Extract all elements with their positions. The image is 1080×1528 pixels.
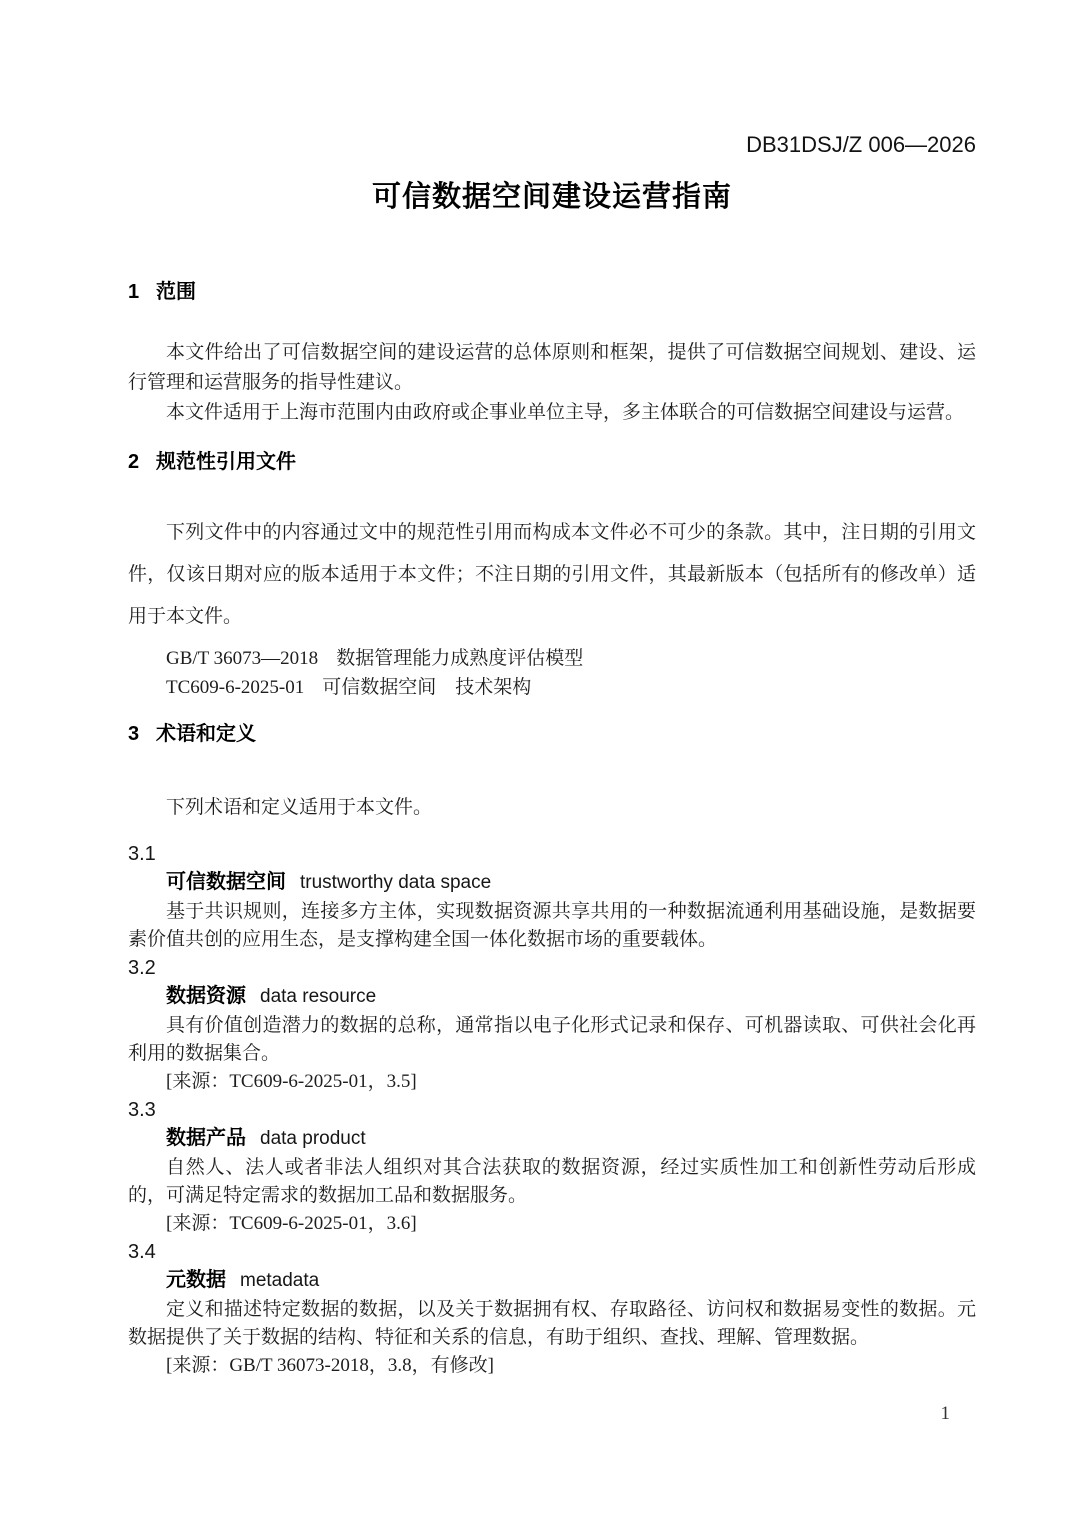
section-1-paragraph-1: 本文件给出了可信数据空间的建设运营的总体原则和框架，提供了可信数据空间规划、建设… <box>128 338 976 398</box>
term-3-4: 3.4 元数据metadata 定义和描述特定数据的数据，以及关于数据拥有权、存… <box>128 1238 976 1380</box>
term-title-line: 数据资源data resource <box>128 982 976 1012</box>
doc-code: DB31DSJ/Z 006—2026 <box>128 132 976 158</box>
reference-code: GB/T 36073—2018 <box>166 648 318 669</box>
section-3-title: 术语和定义 <box>156 723 256 745</box>
term-en-label: data product <box>260 1128 366 1149</box>
term-source: [来源：TC609-6-2025-01，3.5] <box>128 1068 976 1096</box>
section-3-heading: 3术语和定义 <box>128 720 976 748</box>
term-zh-label: 可信数据空间 <box>166 871 286 893</box>
section-2-paragraph-1: 下列文件中的内容通过文中的规范性引用而构成本文件必不可少的条款。其中，注日期的引… <box>128 512 976 638</box>
section-1-paragraph-2: 本文件适用于上海市范围内由政府或企事业单位主导，多主体联合的可信数据空间建设与运… <box>128 398 976 428</box>
section-1-number: 1 <box>128 278 156 306</box>
term-title-line: 可信数据空间trustworthy data space <box>128 868 976 898</box>
term-zh-label: 数据资源 <box>166 985 246 1007</box>
section-2-title: 规范性引用文件 <box>156 451 296 473</box>
section-3-intro: 下列术语和定义适用于本文件。 <box>128 794 976 822</box>
term-definition: 基于共识规则，连接多方主体，实现数据资源共享共用的一种数据流通利用基础设施，是数… <box>128 898 976 954</box>
term-source: [来源：GB/T 36073-2018，3.8，有修改] <box>128 1352 976 1380</box>
terms-list: 3.1 可信数据空间trustworthy data space 基于共识规则，… <box>128 840 976 1380</box>
reference-code: TC609-6-2025-01 <box>166 677 304 698</box>
term-source: [来源：TC609-6-2025-01，3.6] <box>128 1210 976 1238</box>
section-1-heading: 1范围 <box>128 278 976 306</box>
term-id: 3.1 <box>128 840 976 868</box>
term-en-label: trustworthy data space <box>300 872 491 893</box>
term-title-line: 数据产品data product <box>128 1124 976 1154</box>
reference-item: TC609-6-2025-01可信数据空间 技术架构 <box>128 673 976 702</box>
term-zh-label: 元数据 <box>166 1269 226 1291</box>
reference-item: GB/T 36073—2018数据管理能力成熟度评估模型 <box>128 644 976 673</box>
document-title: 可信数据空间建设运营指南 <box>128 180 976 214</box>
term-definition: 定义和描述特定数据的数据，以及关于数据拥有权、存取路径、访问权和数据易变性的数据… <box>128 1296 976 1352</box>
term-definition: 具有价值创造潜力的数据的总称，通常指以电子化形式记录和保存、可机器读取、可供社会… <box>128 1012 976 1068</box>
section-2-number: 2 <box>128 448 156 476</box>
term-3-1: 3.1 可信数据空间trustworthy data space 基于共识规则，… <box>128 840 976 954</box>
term-en-label: data resource <box>260 986 376 1007</box>
section-3-number: 3 <box>128 720 156 748</box>
term-3-3: 3.3 数据产品data product 自然人、法人或者非法人组织对其合法获取… <box>128 1096 976 1238</box>
section-1-title: 范围 <box>156 281 196 303</box>
term-id: 3.2 <box>128 954 976 982</box>
term-title-line: 元数据metadata <box>128 1266 976 1296</box>
term-id: 3.4 <box>128 1238 976 1266</box>
reference-name: 数据管理能力成熟度评估模型 <box>336 648 583 669</box>
term-definition: 自然人、法人或者非法人组织对其合法获取的数据资源，经过实质性加工和创新性劳动后形… <box>128 1154 976 1210</box>
document-page: DB31DSJ/Z 006—2026 可信数据空间建设运营指南 1范围 本文件给… <box>0 0 1080 1528</box>
term-zh-label: 数据产品 <box>166 1127 246 1149</box>
section-2-heading: 2规范性引用文件 <box>128 448 976 476</box>
term-id: 3.3 <box>128 1096 976 1124</box>
normative-references-list: GB/T 36073—2018数据管理能力成熟度评估模型 TC609-6-202… <box>128 644 976 702</box>
term-3-2: 3.2 数据资源data resource 具有价值创造潜力的数据的总称，通常指… <box>128 954 976 1096</box>
page-number: 1 <box>128 1400 976 1427</box>
reference-name: 可信数据空间 技术架构 <box>322 677 531 698</box>
term-en-label: metadata <box>240 1270 319 1291</box>
